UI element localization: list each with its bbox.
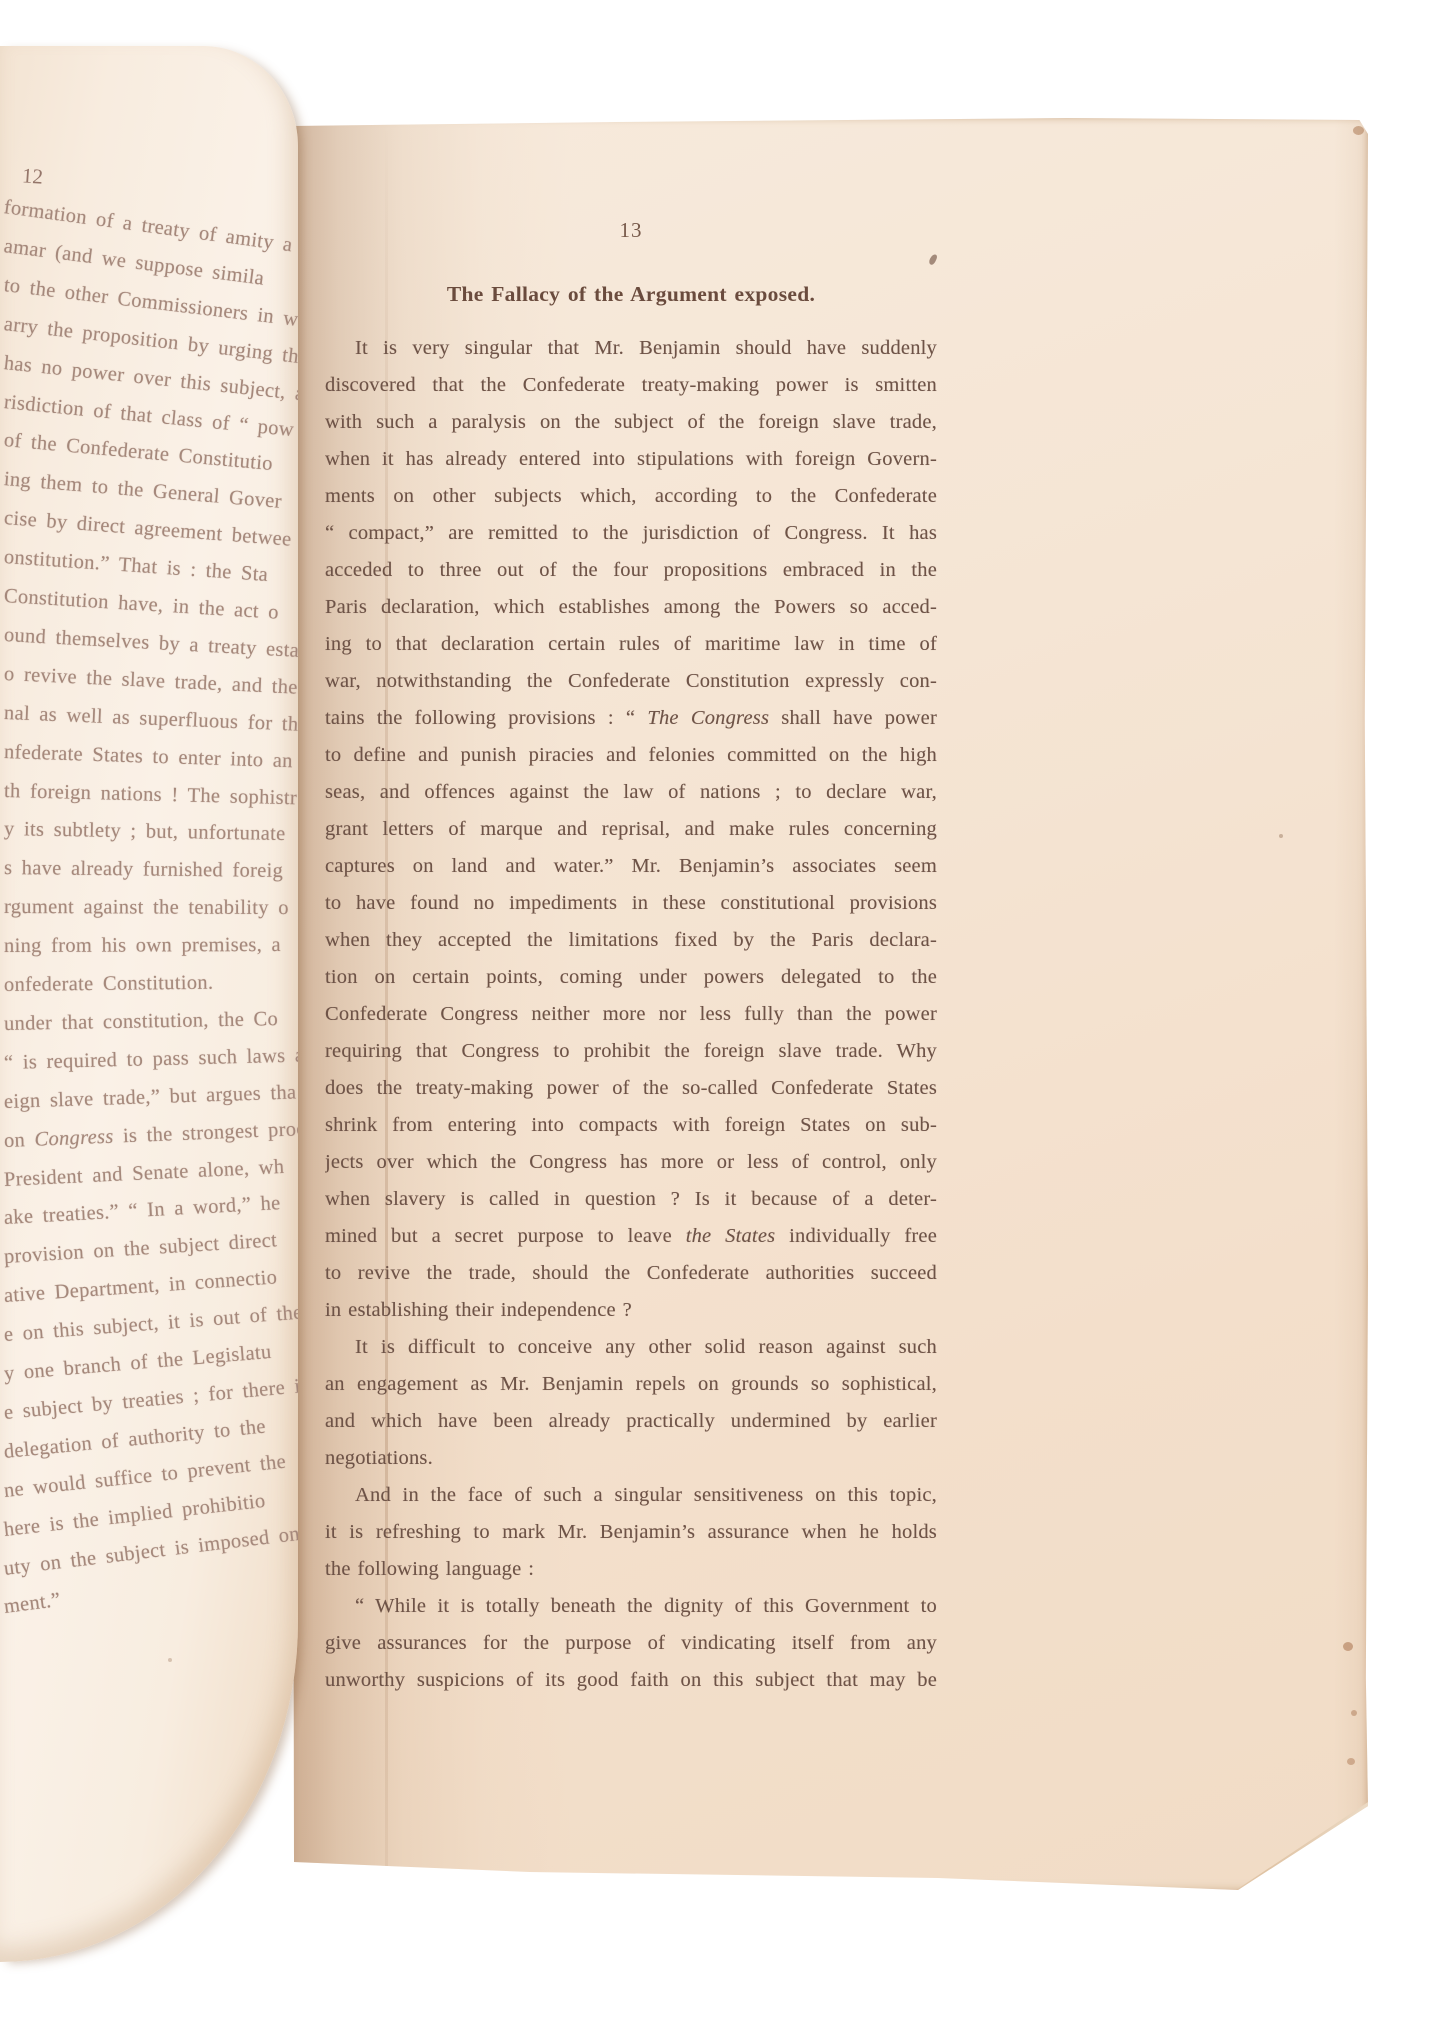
text-line: the following language :: [325, 1551, 937, 1588]
right-page: 13 The Fallacy of the Argument exposed. …: [293, 118, 1368, 1890]
foxing-spot: [1347, 1758, 1355, 1765]
text-line: nal as well as superfluous for th: [4, 702, 298, 737]
text-line: shrink from entering into compacts with …: [325, 1107, 937, 1144]
foxing-spot: [1351, 1710, 1357, 1716]
text-line: ative Department, in connectio: [3, 1267, 278, 1309]
text-line: ments on other subjects which, according…: [325, 478, 937, 515]
foxing-spot: [475, 1014, 479, 1018]
text-line: requiring that Congress to prohibit the …: [325, 1033, 937, 1070]
text-line: ing to that declaration certain rules of…: [325, 626, 937, 663]
text-line: onstitution.” That is : the Sta: [3, 546, 269, 587]
text-line: tion on certain points, coming under pow…: [325, 959, 937, 996]
text-line: And in the face of such a singular sensi…: [325, 1477, 937, 1514]
right-page-text: It is very singular that Mr. Benjamin sh…: [325, 330, 937, 1699]
text-line: provision on the subject direct: [3, 1230, 277, 1270]
crumb-speck: [1319, 1874, 1324, 1878]
text-line: with such a paralysis on the subject of …: [325, 404, 937, 441]
right-page-number: 13: [325, 218, 937, 243]
text-line: in establishing their independence ?: [325, 1292, 937, 1329]
text-line: under that constitution, the Co: [4, 1008, 278, 1036]
text-line: “ While it is totally beneath the dignit…: [325, 1588, 937, 1625]
text-line: acceded to three out of the four proposi…: [325, 552, 937, 589]
section-heading: The Fallacy of the Argument exposed.: [325, 282, 937, 307]
text-line: Constitution have, in the act o: [3, 585, 279, 625]
text-line: of the Confederate Constitutio: [3, 429, 274, 476]
text-line: th foreign nations ! The sophistr: [4, 780, 298, 810]
text-line: it is refreshing to mark Mr. Benjamin’s …: [325, 1514, 937, 1551]
text-line: negotiations.: [325, 1440, 937, 1477]
text-line: Confederate Congress neither more nor le…: [325, 996, 937, 1033]
foxing-spot: [1279, 834, 1283, 838]
text-line: to define and punish piracies and feloni…: [325, 737, 937, 774]
text-line: mined but a secret purpose to leave the …: [325, 1218, 937, 1255]
text-line: discovered that the Confederate treaty-m…: [325, 367, 937, 404]
crumb-speck: [1351, 1856, 1354, 1859]
book-photo: 13 The Fallacy of the Argument exposed. …: [0, 0, 1445, 2023]
text-line: y one branch of the Legislatu: [3, 1341, 272, 1386]
text-line: war, notwithstanding the Confederate Con…: [325, 663, 937, 700]
foxing-spot: [168, 1658, 172, 1662]
text-line: Paris declaration, which establishes amo…: [325, 589, 937, 626]
corner-fold: [1236, 1802, 1368, 1890]
foxing-spot: [1343, 1642, 1353, 1651]
text-line: when they accepted the limitations fixed…: [325, 922, 937, 959]
text-line: on Congress is the strongest proo: [4, 1118, 298, 1153]
text-line: President and Senate alone, wh: [3, 1155, 284, 1191]
text-line: cise by direct agreement betwee: [3, 507, 292, 552]
text-line: does the treaty-making power of the so-c…: [325, 1070, 937, 1107]
text-line: ing them to the General Gover: [3, 468, 283, 514]
text-line: to revive the trade, should the Confeder…: [325, 1255, 937, 1292]
text-line: unworthy suspicions of its good faith on…: [325, 1662, 937, 1699]
foxing-spot: [1353, 126, 1364, 135]
text-line: “ compact,” are remitted to the jurisdic…: [325, 515, 937, 552]
text-line: when it has already entered into stipula…: [325, 441, 937, 478]
text-line: when slavery is called in question ? Is …: [325, 1181, 937, 1218]
text-line: ment.”: [3, 1589, 62, 1619]
text-line: eign slave trade,” but argues tha: [4, 1081, 297, 1113]
text-line: jects over which the Congress has more o…: [325, 1144, 937, 1181]
text-line: y its subtlety ; but, unfortunate: [4, 818, 286, 846]
text-line: grant letters of marque and reprisal, an…: [325, 811, 937, 848]
text-line: It is very singular that Mr. Benjamin sh…: [325, 330, 937, 367]
ink-mark: [928, 253, 938, 266]
left-page: 12 formation of a treaty of amity aamar …: [0, 46, 298, 1962]
text-line: to have found no impediments in these co…: [325, 885, 937, 922]
text-line: ning from his own premises, a: [4, 934, 281, 958]
text-line: ound themselves by a treaty esta: [3, 624, 298, 663]
text-line: captures on land and water.” Mr. Benjami…: [325, 848, 937, 885]
text-line: seas, and offences against the law of na…: [325, 774, 937, 811]
text-line: rgument against the tenability o: [4, 896, 289, 920]
text-line: “ is required to pass such laws a: [4, 1044, 298, 1075]
text-line: e on this subject, it is out of the: [3, 1302, 298, 1347]
text-line: s have already furnished foreig: [4, 857, 283, 883]
left-page-number: 12: [21, 163, 44, 189]
text-line: an engagement as Mr. Benjamin repels on …: [325, 1366, 937, 1403]
text-line: and which have been already practically …: [325, 1403, 937, 1440]
text-line: nfederate States to enter into an: [4, 741, 293, 773]
text-line: onfederate Constitution.: [4, 972, 214, 997]
text-line: It is difficult to conceive any other so…: [325, 1329, 937, 1366]
text-line: give assurances for the purpose of vindi…: [325, 1625, 937, 1662]
text-line: ake treaties.” “ In a word,” he: [3, 1192, 281, 1230]
text-line: o revive the slave trade, and thes: [3, 663, 298, 700]
text-line: tains the following provisions : “ The C…: [325, 700, 937, 737]
